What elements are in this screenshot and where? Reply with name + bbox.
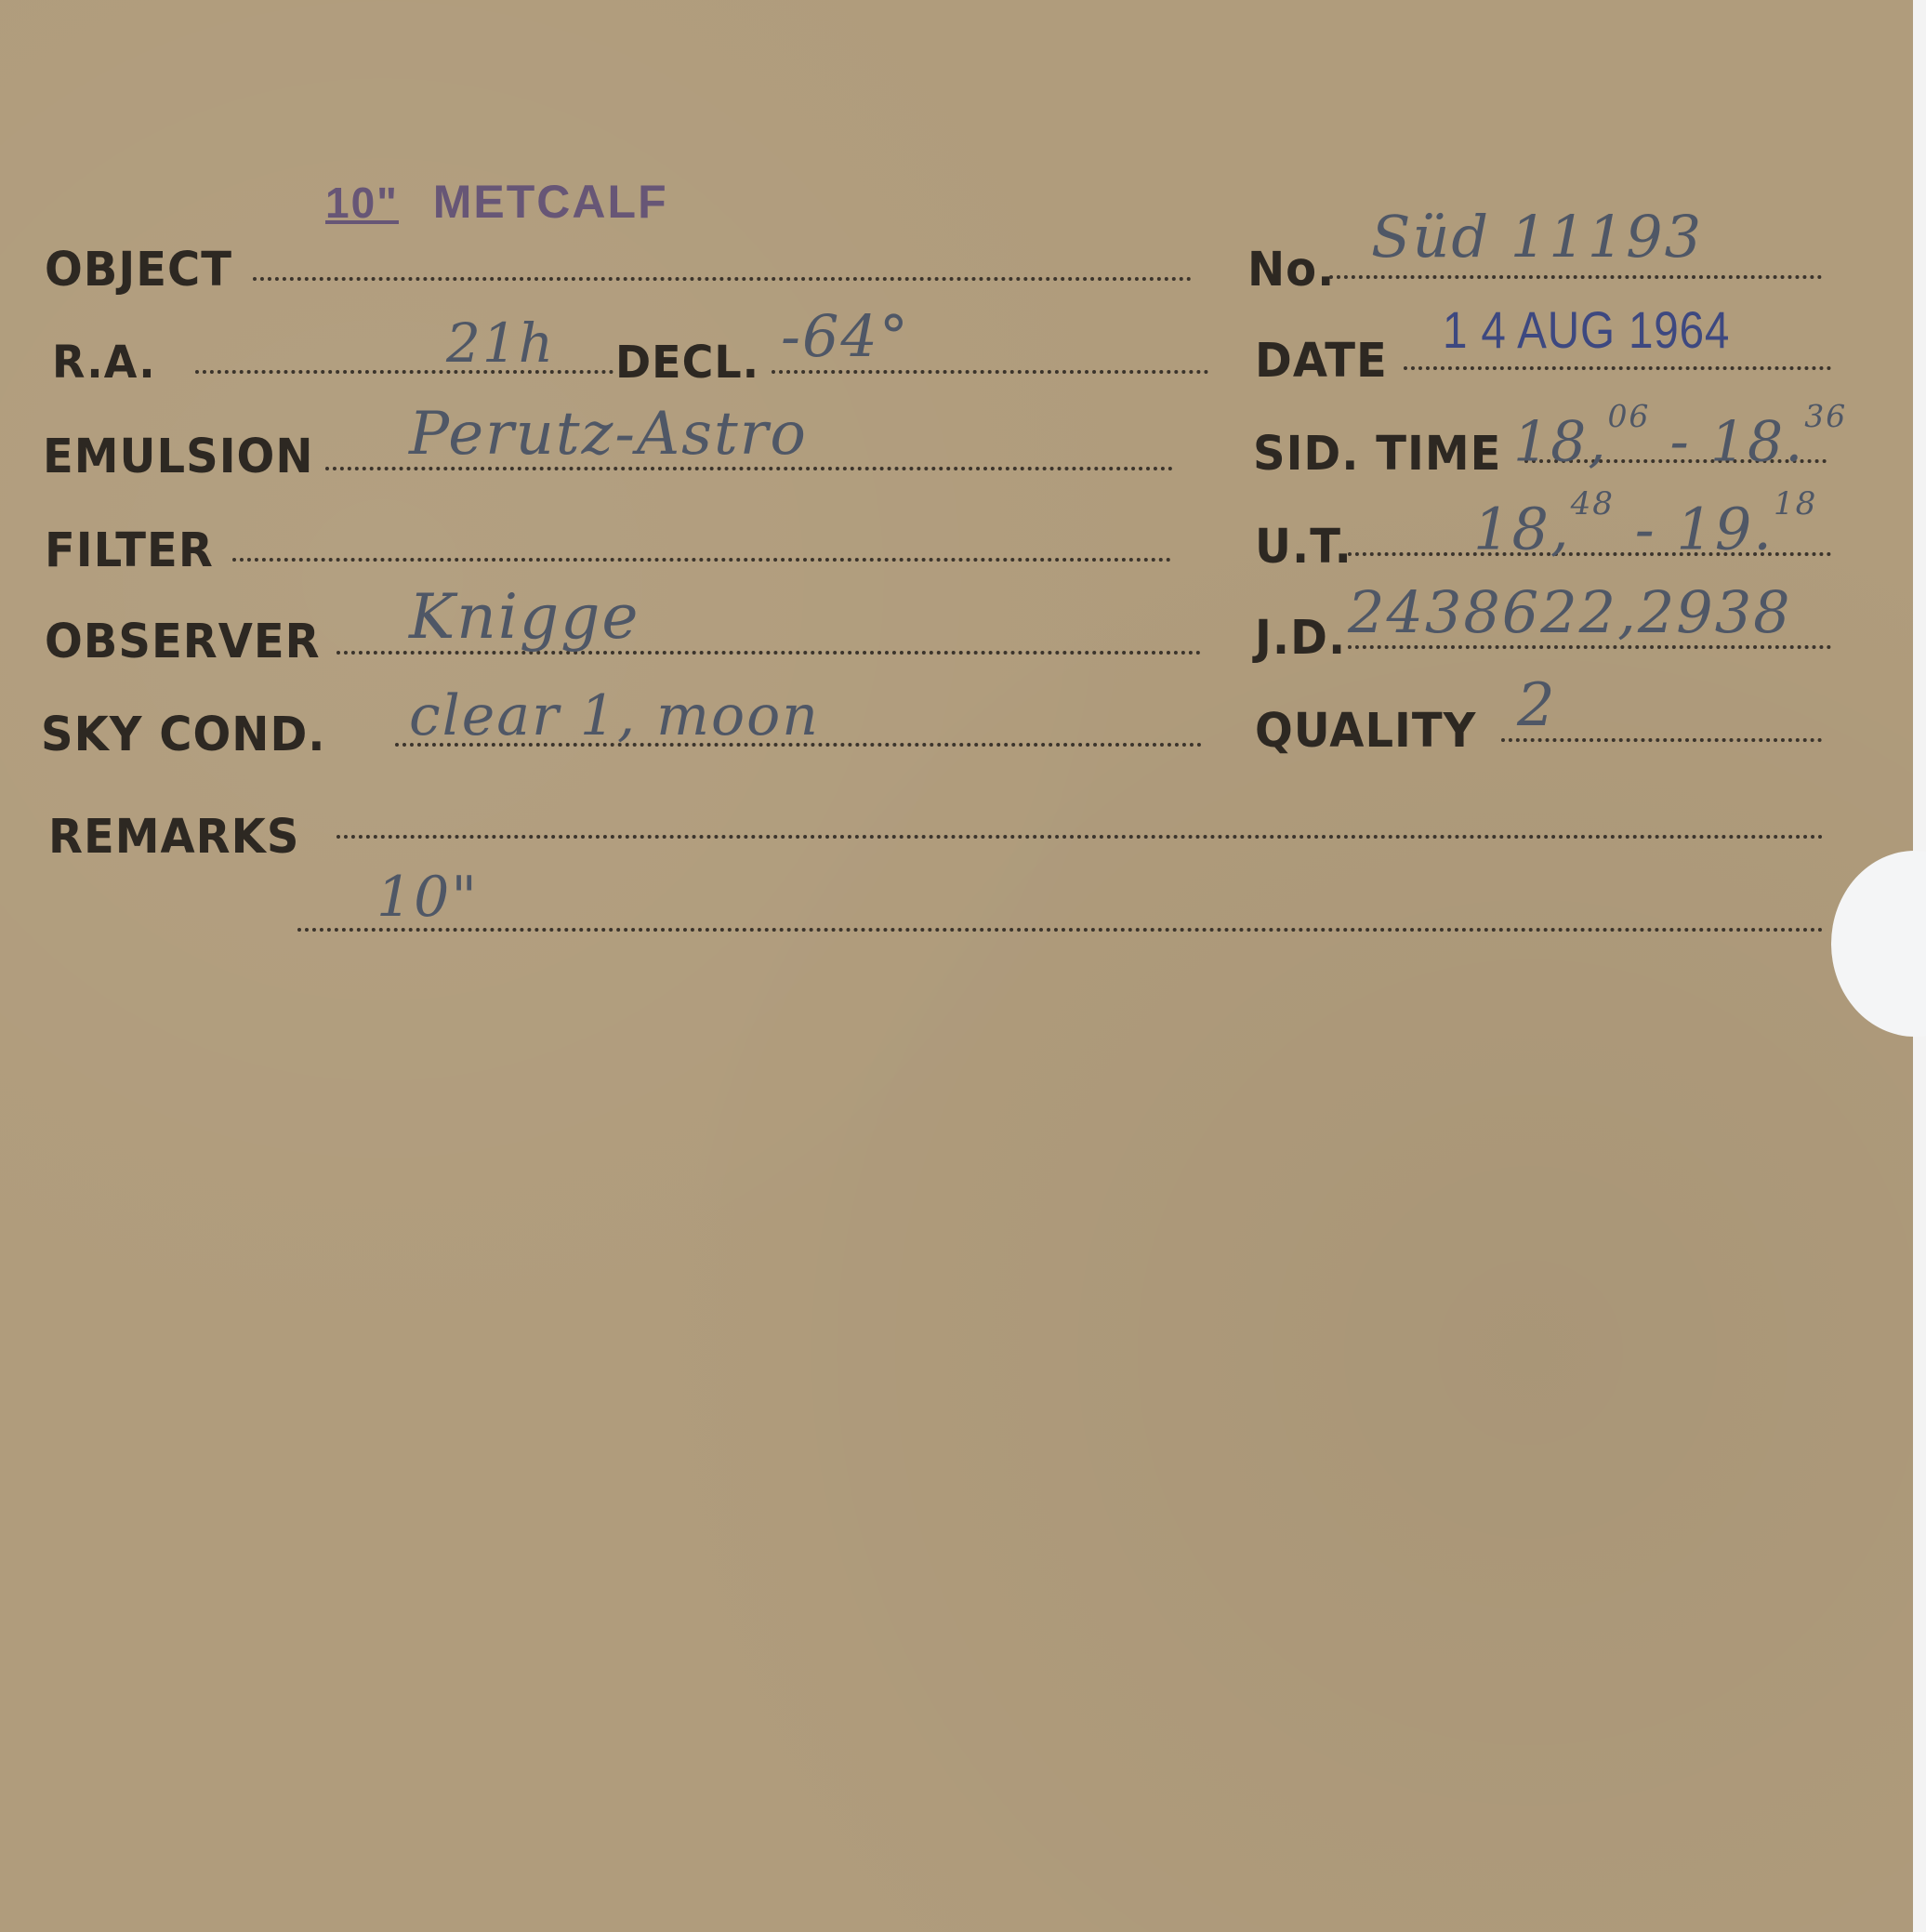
jd-value[interactable]: 2438622,2938 (1348, 578, 1792, 646)
sid-time-label: SID. TIME (1253, 427, 1501, 482)
quality-label: QUALITY (1255, 704, 1476, 759)
ra-label: R.A. (52, 336, 156, 389)
ut-end-min: 18 (1774, 485, 1817, 523)
ut-label: U.T. (1255, 520, 1352, 575)
sid-time-value[interactable]: 18,06 - 18.36 (1513, 398, 1847, 474)
object-line (253, 277, 1192, 281)
date-label: DATE (1255, 334, 1388, 389)
sid-end-hour: 18 (1710, 409, 1785, 474)
observer-label: OBSERVER (45, 615, 321, 669)
observer-value[interactable]: Knigge (409, 581, 640, 653)
telescope-size: 10" (325, 179, 399, 227)
remarks-line-1 (336, 835, 1824, 839)
telescope-name: METCALF (433, 176, 668, 228)
jd-label: J.D. (1255, 611, 1346, 666)
remarks-value[interactable]: 10" (376, 865, 479, 930)
remarks-label: REMARKS (48, 810, 299, 865)
filter-label: FILTER (45, 523, 214, 578)
sid-end-min: 36 (1804, 398, 1847, 434)
decl-line (772, 370, 1208, 374)
date-stamp-value[interactable]: 1 4 AUG 1964 (1443, 299, 1730, 360)
sky-cond-label: SKY COND. (41, 708, 326, 762)
ra-value[interactable]: 21h (446, 311, 555, 375)
remarks-line-2 (297, 928, 1824, 932)
emulsion-label: EMULSION (43, 430, 314, 484)
quality-value[interactable]: 2 (1517, 671, 1557, 740)
photographic-plate-envelope (0, 0, 1913, 1932)
sid-start-min: 06 (1607, 398, 1650, 434)
ut-end-hour: 19 (1676, 496, 1753, 563)
object-label: OBJECT (45, 243, 232, 298)
number-label: No. (1247, 243, 1335, 298)
decl-value[interactable]: -64° (781, 302, 910, 370)
ut-value[interactable]: 18,48 - 19.18 (1473, 485, 1817, 563)
telescope-stamp: 10" METCALF (325, 175, 668, 229)
number-line (1329, 275, 1822, 279)
filter-line (232, 558, 1171, 562)
ut-start-min: 48 (1571, 485, 1615, 523)
number-value[interactable]: Süd 11193 (1371, 203, 1703, 271)
sid-start-hour: 18 (1513, 409, 1588, 474)
date-line (1404, 366, 1831, 370)
sky-cond-value[interactable]: clear 1, moon (409, 683, 820, 748)
decl-label: DECL. (615, 336, 759, 389)
ut-start-hour: 18 (1473, 496, 1550, 563)
emulsion-value[interactable]: Perutz-Astro (409, 400, 808, 469)
